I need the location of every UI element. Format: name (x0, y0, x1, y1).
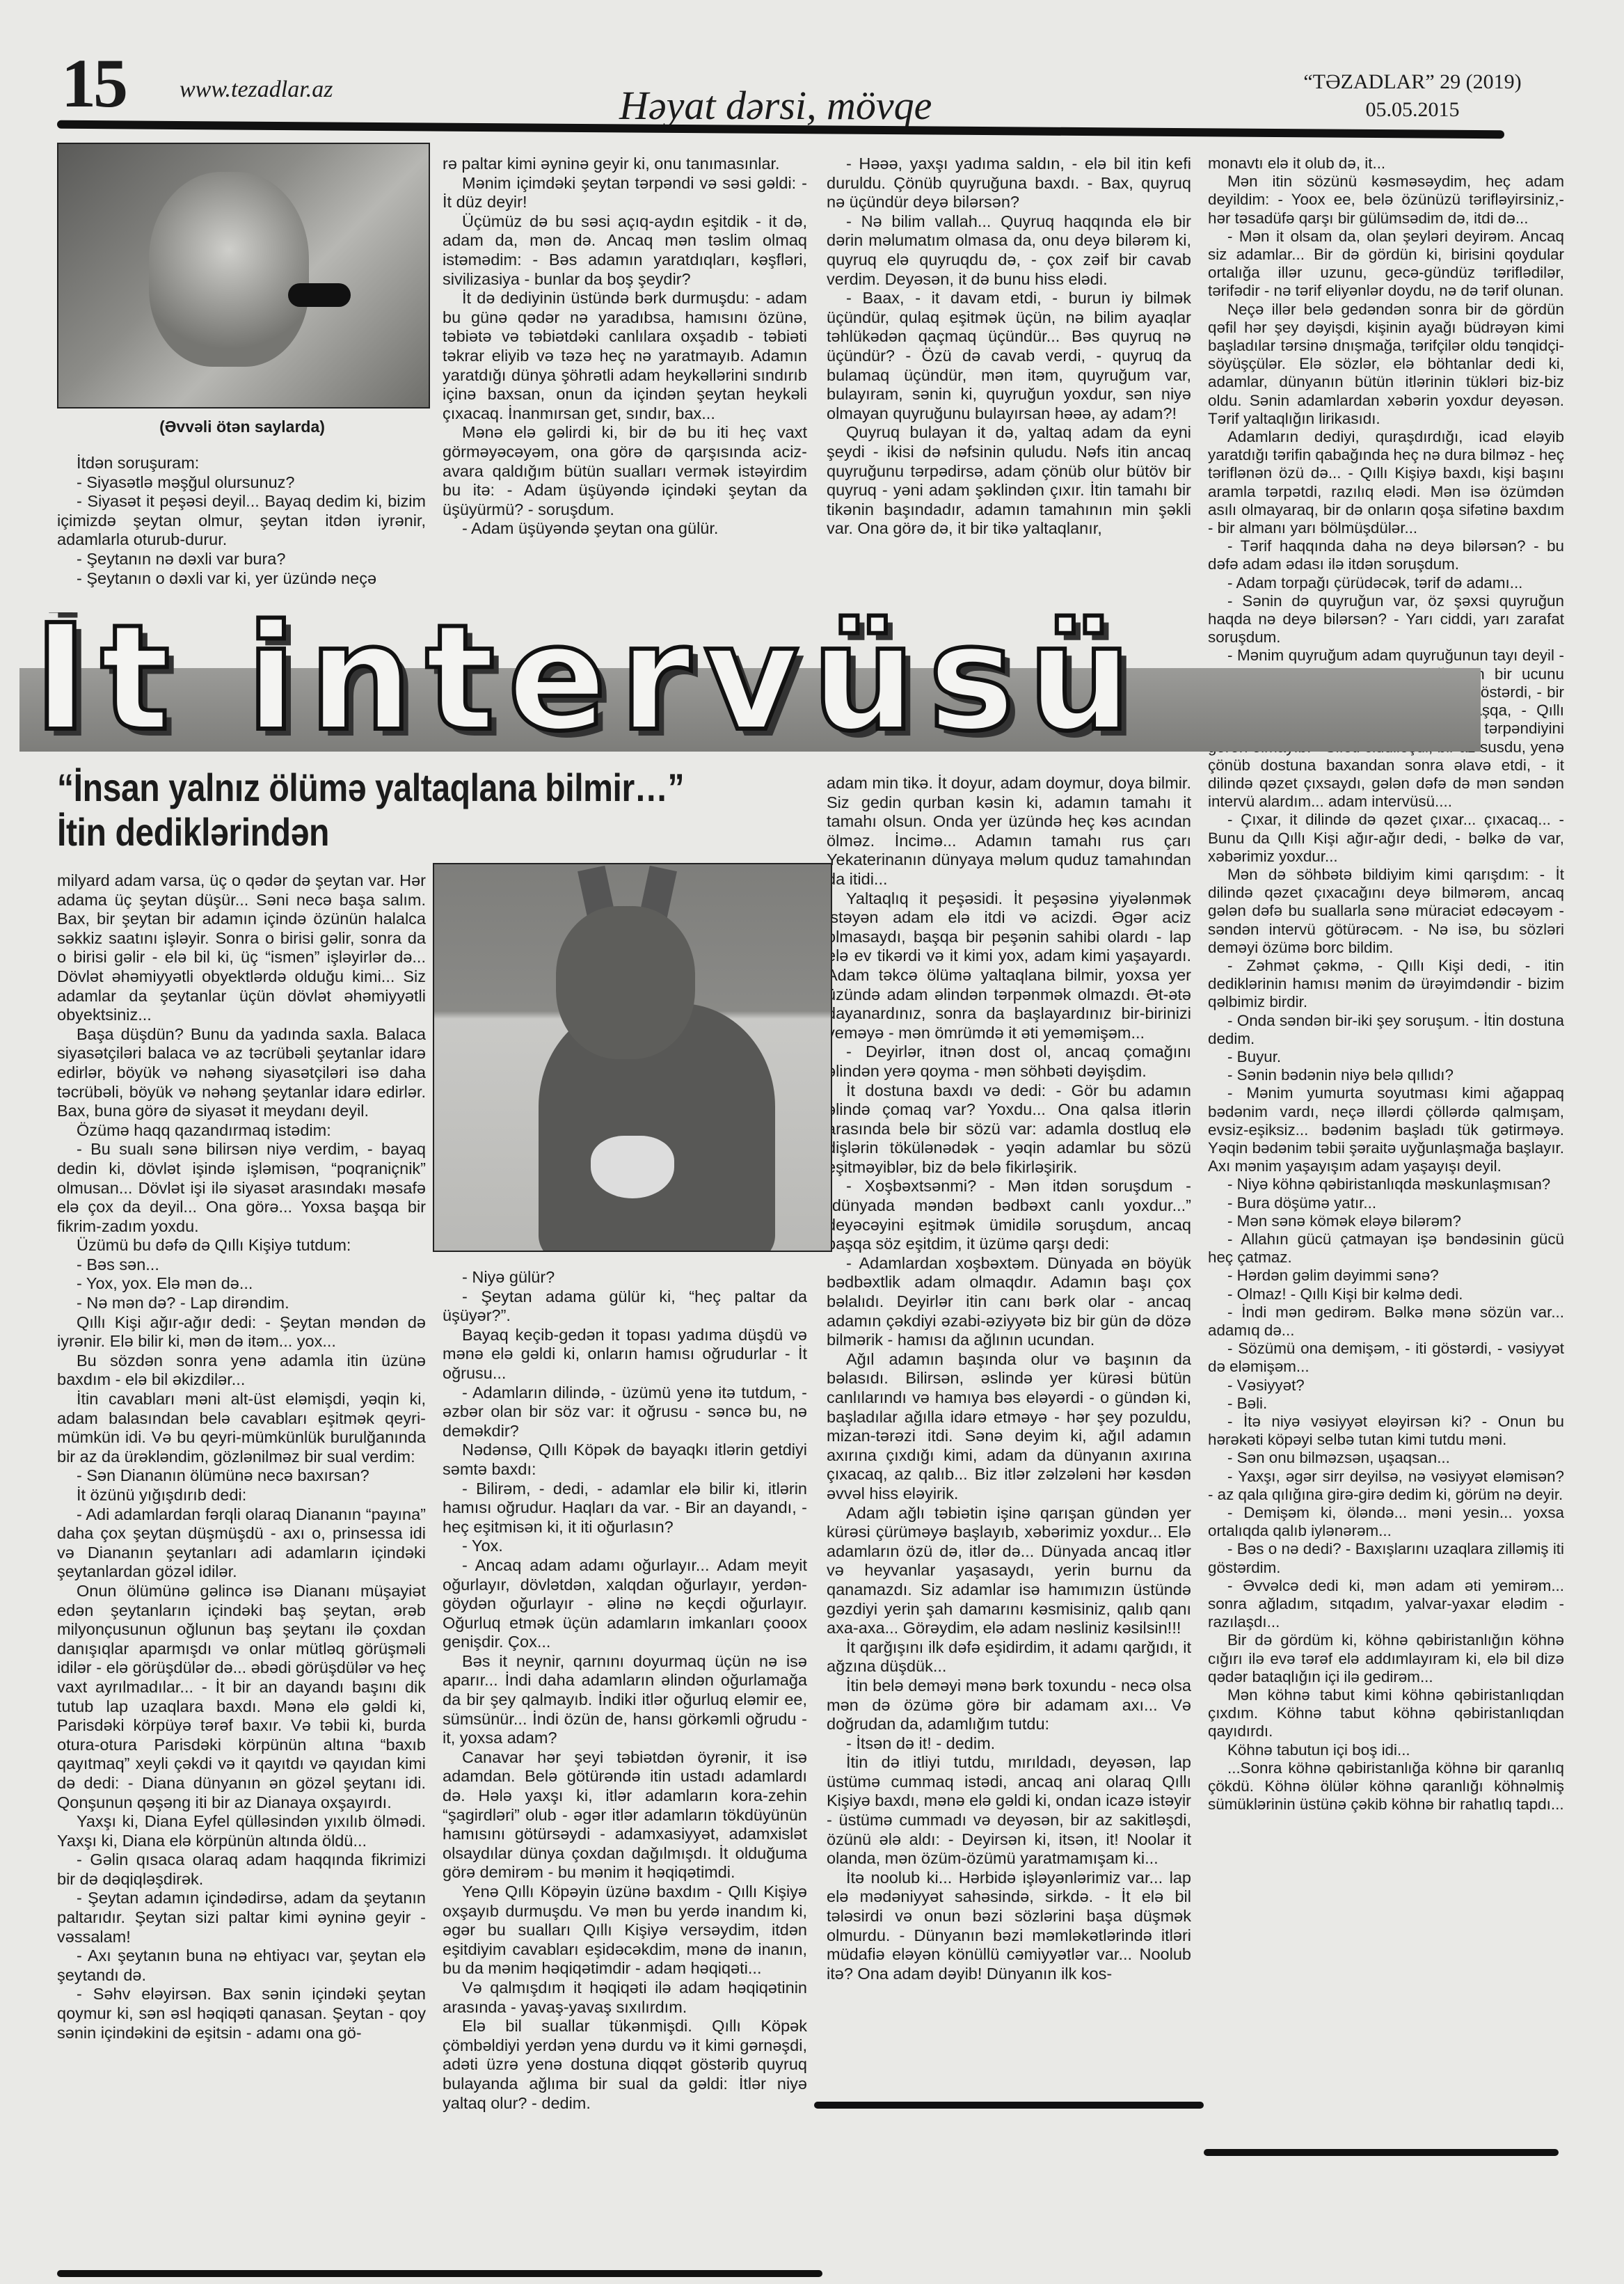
article-paragraph: rə paltar kimi əyninə geyir ki, onu tanı… (443, 154, 807, 174)
column-2-top: rə paltar kimi əyninə geyir ki, onu tanı… (443, 154, 807, 539)
author-photo (57, 143, 430, 409)
column-1-top: İtdən soruşuram:- Siyasətlə məşğul olurs… (57, 454, 426, 588)
article-paragraph: Adam ağlı təbiətin işinə qarışan gündən … (827, 1504, 1191, 1638)
article-paragraph: - Bəli. (1208, 1395, 1564, 1413)
article-paragraph: Başa düşdün? Bunu da yadında saxla. Bala… (57, 1025, 426, 1121)
article-paragraph: Yenə Qıllı Köpəyin üzünə baxdım - Qıllı … (443, 1882, 807, 1978)
article-paragraph: - Adam torpağı çürüdəcək, tərif də adamı… (1208, 574, 1564, 592)
article-paragraph: Bu sözdən sonra yenə adamla itin üzünə b… (57, 1351, 426, 1390)
article-paragraph: Mən köhnə tabut kimi köhnə qəbiristanlıq… (1208, 1686, 1564, 1741)
article-paragraph: - Baax, - it davam etdi, - burun iy bilm… (827, 289, 1191, 423)
column-3-top: - Həəə, yaxşı yadıma saldın, - elə bil i… (827, 154, 1191, 539)
issue-date: 05.05.2015 (1287, 96, 1538, 124)
article-paragraph: - Nə mən də? - Lap dirəndim. (57, 1294, 426, 1313)
article-paragraph: - Yox. (443, 1537, 807, 1556)
article-paragraph: - Mənim yumurta soyutması kimi ağappaq b… (1208, 1084, 1564, 1175)
article-paragraph: - Şeytanın o dəxli var ki, yer üzündə ne… (57, 569, 426, 589)
article-paragraph: Onun ölümünə gəlincə isə Diananı müşayiə… (57, 1582, 426, 1812)
article-paragraph: - Vəsiyyət? (1208, 1377, 1564, 1395)
article-paragraph: Üzümü bu dəfə də Qıllı Kişiyə tutdum: (57, 1236, 426, 1255)
article-paragraph: - Gəlin qısaca olaraq adam haqqında fikr… (57, 1850, 426, 1889)
article-paragraph: - Bu sualı sənə bilirsən niyə verdim, - … (57, 1140, 426, 1236)
article-paragraph: - İtə niyə vəsiyyət eləyirsən ki? - Onun… (1208, 1413, 1564, 1449)
article-paragraph: - Nə bilim vallah... Quyruq haqqında elə… (827, 212, 1191, 289)
article-paragraph: - Xoşbəxtsənmi? - Mən itdən soruşdum - “… (827, 1177, 1191, 1253)
article-paragraph: - İndi mən gedirəm. Bəlkə mənə sözün var… (1208, 1303, 1564, 1340)
headline-subtitle: İtin dediklərindən (57, 810, 684, 855)
article-paragraph: Mənim içimdəki şeytan tərpəndi və səsi g… (443, 174, 807, 212)
article-paragraph: - Əvvəlcə dedi ki, mən adam əti yemirəm.… (1208, 1577, 1564, 1632)
article-paragraph: - İtsən də it! - dedim. (827, 1734, 1191, 1754)
article-paragraph: - Bəs o nə dedi? - Baxışlarını uzaqlara … (1208, 1540, 1564, 1576)
article-paragraph: - Ancaq adam adamı oğurlayır... Adam mey… (443, 1556, 807, 1652)
column-1-bottom: milyard adam varsa, üç o qədər də şeytan… (57, 871, 426, 2043)
pipe-shape (288, 283, 351, 307)
article-paragraph: - Adamlardan xoşbəxtəm. Dünyada ən böyük… (827, 1254, 1191, 1350)
article-paragraph: - Olmaz! - Qıllı Kişi bir kəlmə dedi. (1208, 1285, 1564, 1303)
article-paragraph: - Şeytanın nə dəxli var bura? (57, 550, 426, 569)
article-paragraph: - Yox, yox. Elə mən də... (57, 1274, 426, 1294)
article-banner: İt intervüsü (19, 612, 1481, 759)
article-paragraph: İtə noolub ki... Hərbidə işləyənlərimiz … (827, 1869, 1191, 1984)
article-paragraph: - Səhv eləyirsən. Bax sənin içindəki şey… (57, 1985, 426, 2043)
article-paragraph: İtin də itliyi tutdu, mırıldadı, deyəsən… (827, 1753, 1191, 1869)
article-paragraph: İt özünü yığışdırıb dedi: (57, 1486, 426, 1505)
article-paragraph: - Hərdən gəlim dəyimmi sənə? (1208, 1267, 1564, 1285)
article-paragraph: Köhnə tabutun içi boş idi... (1208, 1741, 1564, 1759)
article-paragraph: ...Sonra köhnə qəbiristanlığa köhnə bir … (1208, 1759, 1564, 1814)
article-paragraph: - Sən onu bilməzsən, uşaqsan... (1208, 1449, 1564, 1467)
article-paragraph: - Yaxşı, əgər sirr deyilsə, nə vəsiyyət … (1208, 1468, 1564, 1504)
article-paragraph: - Bəs sən... (57, 1255, 426, 1275)
page-number: 15 (61, 49, 125, 118)
article-paragraph: Yaltaqlıq it peşəsidi. İt peşəsinə yiyəl… (827, 889, 1191, 1043)
article-paragraph: Nədənsə, Qıllı Köpək də bayaqkı itlərin … (443, 1441, 807, 1479)
article-paragraph: Elə bil suallar tükənmişdi. Qıllı Köpək … (443, 2017, 807, 2113)
article-paragraph: Bəs it neynir, qarnını doyurmaq üçün nə … (443, 1652, 807, 1748)
article-paragraph: - Sən Diananın ölümünə necə baxırsan? (57, 1466, 426, 1486)
article-paragraph: İtin cavabları məni alt-üst eləmişdi, yə… (57, 1390, 426, 1466)
article-paragraph: - Tərif haqqında daha nə deyə bilərsən? … (1208, 537, 1564, 573)
article-paragraph: İtdən soruşuram: (57, 454, 426, 473)
article-paragraph: Və qalmışdım it həqiqəti ilə adam həqiqə… (443, 1978, 807, 2017)
column-2-bottom: - Niyə gülür?- Şeytan adama gülür ki, “h… (443, 1268, 807, 2113)
article-paragraph: - Onda səndən bir-iki şey soruşum. - İti… (1208, 1012, 1564, 1048)
article-paragraph: Qıllı Kişi ağır-ağır dedi: - Şeytan mənd… (57, 1313, 426, 1351)
article-paragraph: - Adam üşüyəndə şeytan ona gülür. (443, 519, 807, 539)
article-paragraph: - Çıxar, it dilində də qəzet çıxar... çı… (1208, 811, 1564, 866)
article-paragraph: İtin belə deməyi mənə bərk toxundu - nec… (827, 1676, 1191, 1734)
article-paragraph: - Deyirlər, itnən dost ol, ancaq çomağın… (827, 1042, 1191, 1081)
article-paragraph: - Allahın gücü çatmayan işə bəndəsinin g… (1208, 1230, 1564, 1267)
dog-head (556, 906, 695, 1059)
newspaper-issue: “TƏZADLAR” 29 (2019) (1287, 68, 1538, 96)
article-paragraph: Neçə illər belə gedəndən sonra bir də gö… (1208, 301, 1564, 428)
article-paragraph: Üçümüz də bu səsi açıq-aydın eşitdik - i… (443, 212, 807, 289)
article-paragraph: - Niyə köhnə qəbiristanlıqda məskunlaşmı… (1208, 1175, 1564, 1193)
footer-rule-left (57, 2270, 822, 2277)
headline-quote: “İnsan yalnız ölümə yaltaqlana bilmir…” (57, 766, 684, 810)
article-paragraph: - Siyasətlə məşğul olursunuz? (57, 473, 426, 493)
article-paragraph: - Axı şeytanın buna nə ehtiyacı var, şey… (57, 1946, 426, 1985)
article-paragraph: - Adi adamlardan fərqli olaraq Diananın … (57, 1505, 426, 1582)
article-headline: “İnsan yalnız ölümə yaltaqlana bilmir…” … (57, 766, 684, 855)
article-paragraph: - Adamların dilində, - üzümü yenə itə tu… (443, 1383, 807, 1441)
face-shape (149, 172, 309, 367)
article-paragraph: Bayaq keçib-gedən it topası yadıma düşdü… (443, 1326, 807, 1383)
article-paragraph: Quyruq bulayan it də, yaltaq adam da eyn… (827, 423, 1191, 539)
article-paragraph: - Siyasət it peşəsi deyil... Bayaq dedim… (57, 492, 426, 550)
article-paragraph: Mən itin sözünü kəsməsəydim, heç adam de… (1208, 173, 1564, 228)
article-paragraph: - Buyur. (1208, 1048, 1564, 1066)
article-paragraph: - Bilirəm, - dedi, - adamlar elə bilir k… (443, 1480, 807, 1537)
column-3-mid: adam min tikə. İt doyur, adam doymur, do… (827, 774, 1191, 1983)
article-paragraph: - Mən it olsam da, olan şeyləri deyirəm.… (1208, 228, 1564, 301)
section-title: Həyat dərsi, mövqe (619, 82, 932, 129)
footer-rule-right (1204, 2149, 1559, 2156)
dog-photo (433, 863, 832, 1252)
article-paragraph: Adamların dediyi, quraşdırdığı, icad elə… (1208, 428, 1564, 537)
article-paragraph: - Niyə gülür? (443, 1268, 807, 1287)
article-paragraph: İt dostuna baxdı və dedi: - Gör bu adamı… (827, 1081, 1191, 1177)
photo-caption: (Əvvəli ötən saylarda) (57, 418, 427, 436)
article-paragraph: - Şeytan adama gülür ki, “heç paltar da … (443, 1287, 807, 1326)
article-paragraph: Mən də söhbətə bildiyim kimi qarışdım: -… (1208, 866, 1564, 957)
article-paragraph: Mənə elə gəlirdi ki, bir də bu iti heç v… (443, 423, 807, 519)
article-paragraph: adam min tikə. İt doyur, adam doymur, do… (827, 774, 1191, 889)
article-paragraph: - Sözümü ona demişəm, - iti göstərdi, - … (1208, 1340, 1564, 1376)
article-paragraph: monavtı elə it olub də, it... (1208, 154, 1564, 173)
dog-chest-patch (591, 1136, 674, 1198)
article-paragraph: - Həəə, yaxşı yadıma saldın, - elə bil i… (827, 154, 1191, 212)
column-4: monavtı elə it olub də, it...Mən itin sö… (1208, 154, 1564, 1814)
article-paragraph: milyard adam varsa, üç o qədər də şeytan… (57, 871, 426, 1025)
article-paragraph: İt qarğışını ilk dəfə eşidirdim, it adam… (827, 1638, 1191, 1676)
article-paragraph: - Mən sənə kömək eləyə bilərəm? (1208, 1212, 1564, 1230)
article-paragraph: - Sənin bədənin niyə belə qıllıdı? (1208, 1066, 1564, 1084)
article-paragraph: - Şeytan adamın içindədirsə, adam da şey… (57, 1889, 426, 1946)
article-paragraph: Bir də gördüm ki, köhnə qəbiristanlığın … (1208, 1631, 1564, 1686)
website-url[interactable]: www.tezadlar.az (180, 77, 333, 103)
article-paragraph: - Demişəm ki, öləndə... məni yesin... yo… (1208, 1504, 1564, 1540)
article-paragraph: İt də dediyinin üstündə bərk durmuşdu: -… (443, 289, 807, 423)
footer-rule-mid (814, 2102, 1204, 2109)
article-paragraph: - Bura döşümə yatır... (1208, 1194, 1564, 1212)
issue-info: “TƏZADLAR” 29 (2019) 05.05.2015 (1287, 68, 1538, 124)
article-paragraph: Ağıl adamın başında olur və başının da b… (827, 1350, 1191, 1504)
article-paragraph: Özümə haqq qazandırmaq istədim: (57, 1121, 426, 1141)
article-paragraph: Canavar hər şeyi təbiətdən öyrənir, it i… (443, 1748, 807, 1882)
article-paragraph: - Zəhmət çəkmə, - Qıllı Kişi dedi, - iti… (1208, 957, 1564, 1012)
banner-title: İt intervüsü (33, 612, 1144, 752)
article-paragraph: Yaxşı ki, Diana Eyfel qülləsindən yıxılı… (57, 1812, 426, 1850)
